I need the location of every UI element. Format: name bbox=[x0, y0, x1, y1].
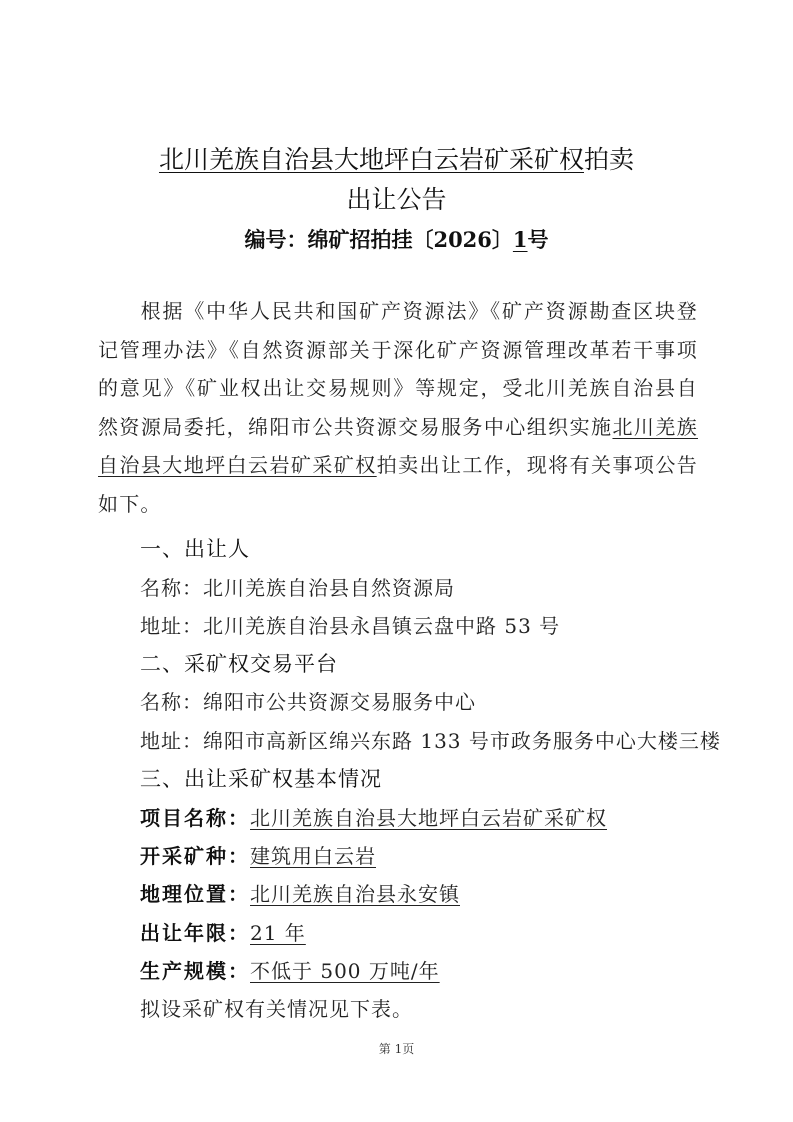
document-number-value: 1 bbox=[513, 227, 528, 252]
field-term-value: 21 年 bbox=[250, 921, 306, 945]
field-location-label: 地理位置： bbox=[140, 882, 250, 906]
document-number: 编号：绵矿招拍挂〔2026〕1号 bbox=[0, 224, 793, 254]
platform-name-value: 绵阳市公共资源交易服务中心 bbox=[203, 690, 476, 714]
field-production-scale: 生产规模：不低于 500 万吨/年 bbox=[140, 955, 440, 984]
title-project-name: 北川羌族自治县大地坪白云岩矿采矿权 bbox=[159, 145, 584, 174]
page-number: 第 1页 bbox=[0, 1040, 793, 1057]
field-mineral-type: 开采矿种：建筑用白云岩 bbox=[140, 840, 376, 869]
field-mineral-type-value: 建筑用白云岩 bbox=[250, 844, 376, 868]
section-3-heading: 三、出让采矿权基本情况 bbox=[140, 763, 382, 793]
document-number-suffix: 号 bbox=[528, 227, 549, 252]
document-title-line1: 北川羌族自治县大地坪白云岩矿采矿权拍卖 bbox=[0, 140, 793, 176]
intro-part1: 根据《中华人民共和国矿产资源法》《矿产资源勘查区块登记管理办法》《自然资源部关于… bbox=[98, 299, 698, 439]
section-3-note: 拟设采矿权有关情况见下表。 bbox=[140, 993, 413, 1022]
transferor-name-label: 名称： bbox=[140, 576, 203, 600]
transferor-name-value: 北川羌族自治县自然资源局 bbox=[203, 576, 455, 600]
intro-paragraph: 根据《中华人民共和国矿产资源法》《矿产资源勘查区块登记管理办法》《自然资源部关于… bbox=[98, 292, 698, 523]
field-location-value: 北川羌族自治县永安镇 bbox=[250, 882, 460, 906]
field-project-name-value: 北川羌族自治县大地坪白云岩矿采矿权 bbox=[250, 806, 607, 830]
platform-address-label: 地址： bbox=[140, 729, 203, 753]
field-production-scale-label: 生产规模： bbox=[140, 959, 250, 983]
field-production-scale-value: 不低于 500 万吨/年 bbox=[250, 959, 440, 983]
field-project-name-label: 项目名称： bbox=[140, 806, 250, 830]
transferor-address: 地址：北川羌族自治县永昌镇云盘中路 53 号 bbox=[140, 610, 560, 639]
field-term-label: 出让年限： bbox=[140, 921, 250, 945]
platform-address-value: 绵阳市高新区绵兴东路 133 号市政务服务中心大楼三楼 bbox=[203, 729, 721, 753]
platform-name-label: 名称： bbox=[140, 690, 203, 714]
transferor-address-value: 北川羌族自治县永昌镇云盘中路 53 号 bbox=[203, 614, 560, 638]
platform-name: 名称：绵阳市公共资源交易服务中心 bbox=[140, 686, 476, 715]
document-page: 北川羌族自治县大地坪白云岩矿采矿权拍卖 出让公告 编号：绵矿招拍挂〔2026〕1… bbox=[0, 0, 793, 1122]
document-number-prefix: 编号：绵矿招拍挂〔2026〕 bbox=[244, 227, 512, 252]
field-mineral-type-label: 开采矿种： bbox=[140, 844, 250, 868]
field-location: 地理位置：北川羌族自治县永安镇 bbox=[140, 878, 460, 907]
platform-address: 地址：绵阳市高新区绵兴东路 133 号市政务服务中心大楼三楼 bbox=[140, 725, 721, 754]
title-auction: 拍卖 bbox=[584, 145, 634, 174]
field-project-name: 项目名称：北川羌族自治县大地坪白云岩矿采矿权 bbox=[140, 802, 607, 831]
field-term: 出让年限：21 年 bbox=[140, 917, 306, 946]
section-1-heading: 一、出让人 bbox=[140, 533, 250, 563]
document-title-line2: 出让公告 bbox=[0, 180, 793, 216]
transferor-address-label: 地址： bbox=[140, 614, 203, 638]
section-2-heading: 二、采矿权交易平台 bbox=[140, 648, 338, 678]
transferor-name: 名称：北川羌族自治县自然资源局 bbox=[140, 572, 455, 601]
